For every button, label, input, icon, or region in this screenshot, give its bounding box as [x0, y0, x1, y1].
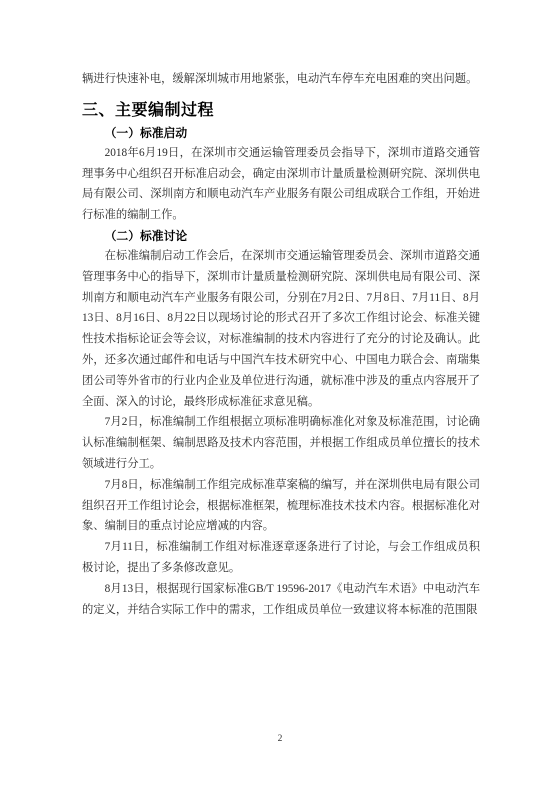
- paragraph-standard-launch: 2018年6月19日，在深圳市交通运输管理委员会指导下，深圳市道路交通管理事务中…: [82, 143, 480, 226]
- page-content: 辆进行快速补电，缓解深圳城市用地紧张，电动汽车停车充电困难的突出问题。 三、主要…: [82, 69, 480, 620]
- section-heading-standard-discussion: （二）标准讨论: [82, 226, 480, 246]
- paragraph-continuation: 辆进行快速补电，缓解深圳城市用地紧张，电动汽车停车充电困难的突出问题。: [82, 69, 480, 90]
- paragraph-july-11: 7月11日，标准编制工作组对标准逐章逐条进行了讨论，与会工作组成员积极讨论，提出…: [82, 537, 480, 579]
- section-heading-standard-launch: （一）标准启动: [82, 123, 480, 143]
- paragraph-july-2: 7月2日，标准编制工作组根据立项标准明确标准化对象及标准范围，讨论确认标准编制框…: [82, 412, 480, 474]
- document-page: 辆进行快速补电，缓解深圳城市用地紧张，电动汽车停车充电困难的突出问题。 三、主要…: [0, 0, 560, 792]
- chapter-heading: 三、主要编制过程: [82, 98, 480, 123]
- paragraph-discussion-overview: 在标准编制启动工作会后，在深圳市交通运输管理委员会、深圳市道路交通管理事务中心的…: [82, 246, 480, 412]
- paragraph-july-8: 7月8日，标准编制工作组完成标准草案稿的编写，并在深圳供电局有限公司组织召开工作…: [82, 475, 480, 537]
- paragraph-august-13: 8月13日，根据现行国家标准GB/T 19596-2017《电动汽车术语》中电动…: [82, 579, 480, 621]
- page-number: 2: [0, 733, 560, 745]
